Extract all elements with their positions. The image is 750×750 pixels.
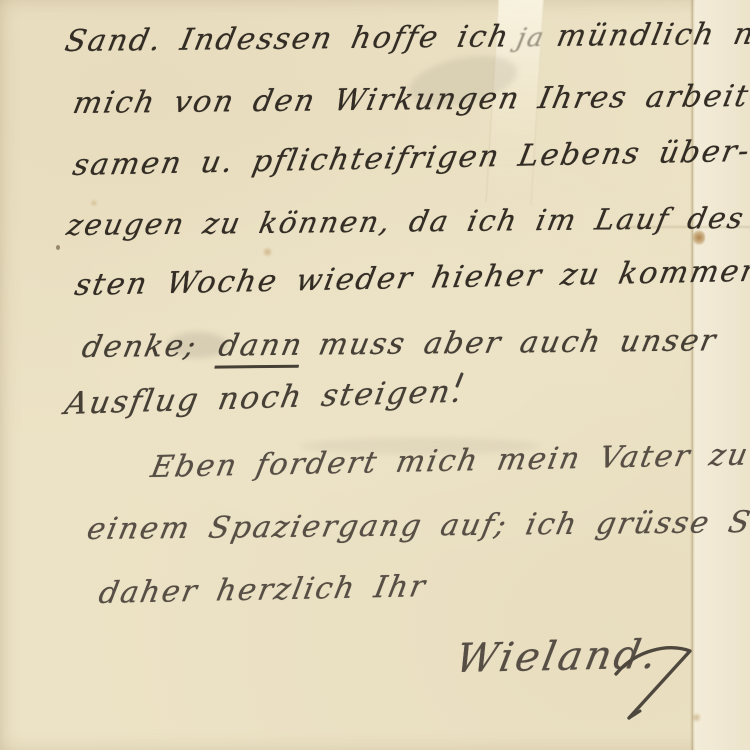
ink-speck	[56, 245, 60, 250]
letter-page: Sand. Indessen hoffe ichjamündlich noch …	[0, 0, 750, 750]
line7-text: Ausflug noch steigen.	[62, 374, 467, 422]
line5-text: sten Woche wieder hieher zu kommen ge-	[72, 252, 750, 303]
handwritten-line-4: zeugen zu können, da ich im Lauf des näc…	[64, 200, 750, 242]
line1-text-pre: Sand. Indessen hoffe ich	[62, 19, 513, 59]
handwritten-line-10: daher herzlich Ihr	[96, 569, 430, 611]
line6-text-post: muss aber auch unser	[316, 323, 721, 362]
handwritten-line-9: einem Spaziergang auf; ich grüsse Sie	[84, 505, 750, 547]
foxing-spot	[262, 247, 273, 257]
handwritten-line-1: Sand. Indessen hoffe ichjamündlich noch	[62, 16, 750, 59]
foxing-spot	[90, 199, 98, 207]
signature-flourish	[602, 630, 712, 725]
line4-text: zeugen zu können, da ich im Lauf des näc…	[64, 200, 750, 242]
handwritten-line-7: Ausflug noch steigen.	[62, 374, 467, 422]
handwritten-line-3: samen u. pflichteifrigen Lebens über-	[70, 134, 750, 183]
handwritten-line-5: sten Woche wieder hieher zu kommen ge-	[72, 252, 750, 303]
handwritten-line-8: Eben fordert mich mein Vater zu	[148, 438, 750, 485]
handwritten-line-2: mich von den Wirkungen Ihres arbeit-	[70, 79, 750, 121]
line8-text: Eben fordert mich mein Vater zu	[148, 438, 750, 485]
line10-text: daher herzlich Ihr	[96, 569, 430, 611]
line6-text-pre: denke;	[79, 329, 201, 365]
line1-text-post: mündlich noch	[554, 16, 750, 54]
handwritten-line-6: denke;dannmuss aber auch unser	[78, 323, 720, 370]
line3-text: samen u. pflichteifrigen Lebens über-	[70, 134, 750, 183]
line2-text: mich von den Wirkungen Ihres arbeit-	[70, 79, 750, 121]
line1-faded-word: ja	[514, 23, 548, 53]
line6-underlined-word: dann	[215, 328, 307, 369]
line9-text: einem Spaziergang auf; ich grüsse Sie	[84, 505, 750, 547]
